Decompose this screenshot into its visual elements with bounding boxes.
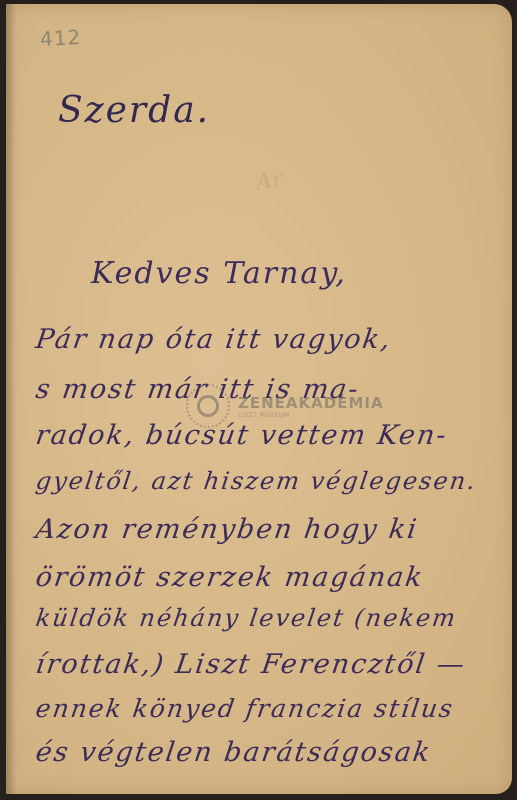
museum-watermark: ZENEAKADÉMIA LISZT MÚZEUM bbox=[186, 381, 396, 431]
watermark-subtitle: LISZT MÚZEUM bbox=[238, 412, 384, 419]
letter-greeting: Kedves Tarnay, bbox=[91, 256, 347, 291]
letter-line: gyeltől, azt hiszem véglegesen. bbox=[34, 467, 479, 495]
letter-line: és végtelen barátságosak bbox=[34, 737, 434, 768]
letter-line: örömöt szerzek magának bbox=[34, 562, 426, 593]
letter-line: Azon reményben hogy ki bbox=[34, 514, 420, 545]
faint-offset-mark: Ar bbox=[254, 167, 284, 195]
letter-line: ennek könyed franczia stílus bbox=[34, 694, 456, 723]
letter-line: küldök néhány levelet (nekem bbox=[34, 604, 459, 632]
scanned-document: 412 Szerda. Ar Kedves Tarnay, Pár nap ót… bbox=[0, 0, 517, 800]
letter-line: írottak,) Liszt Ferencztől — bbox=[34, 649, 468, 680]
watermark-title: ZENEAKADÉMIA bbox=[238, 394, 384, 412]
archive-number: 412 bbox=[39, 25, 81, 51]
seal-icon bbox=[186, 384, 230, 428]
letter-page: 412 Szerda. Ar Kedves Tarnay, Pár nap ót… bbox=[6, 4, 512, 794]
letter-day: Szerda. bbox=[58, 90, 210, 131]
letter-line: Pár nap óta itt vagyok, bbox=[34, 324, 394, 355]
